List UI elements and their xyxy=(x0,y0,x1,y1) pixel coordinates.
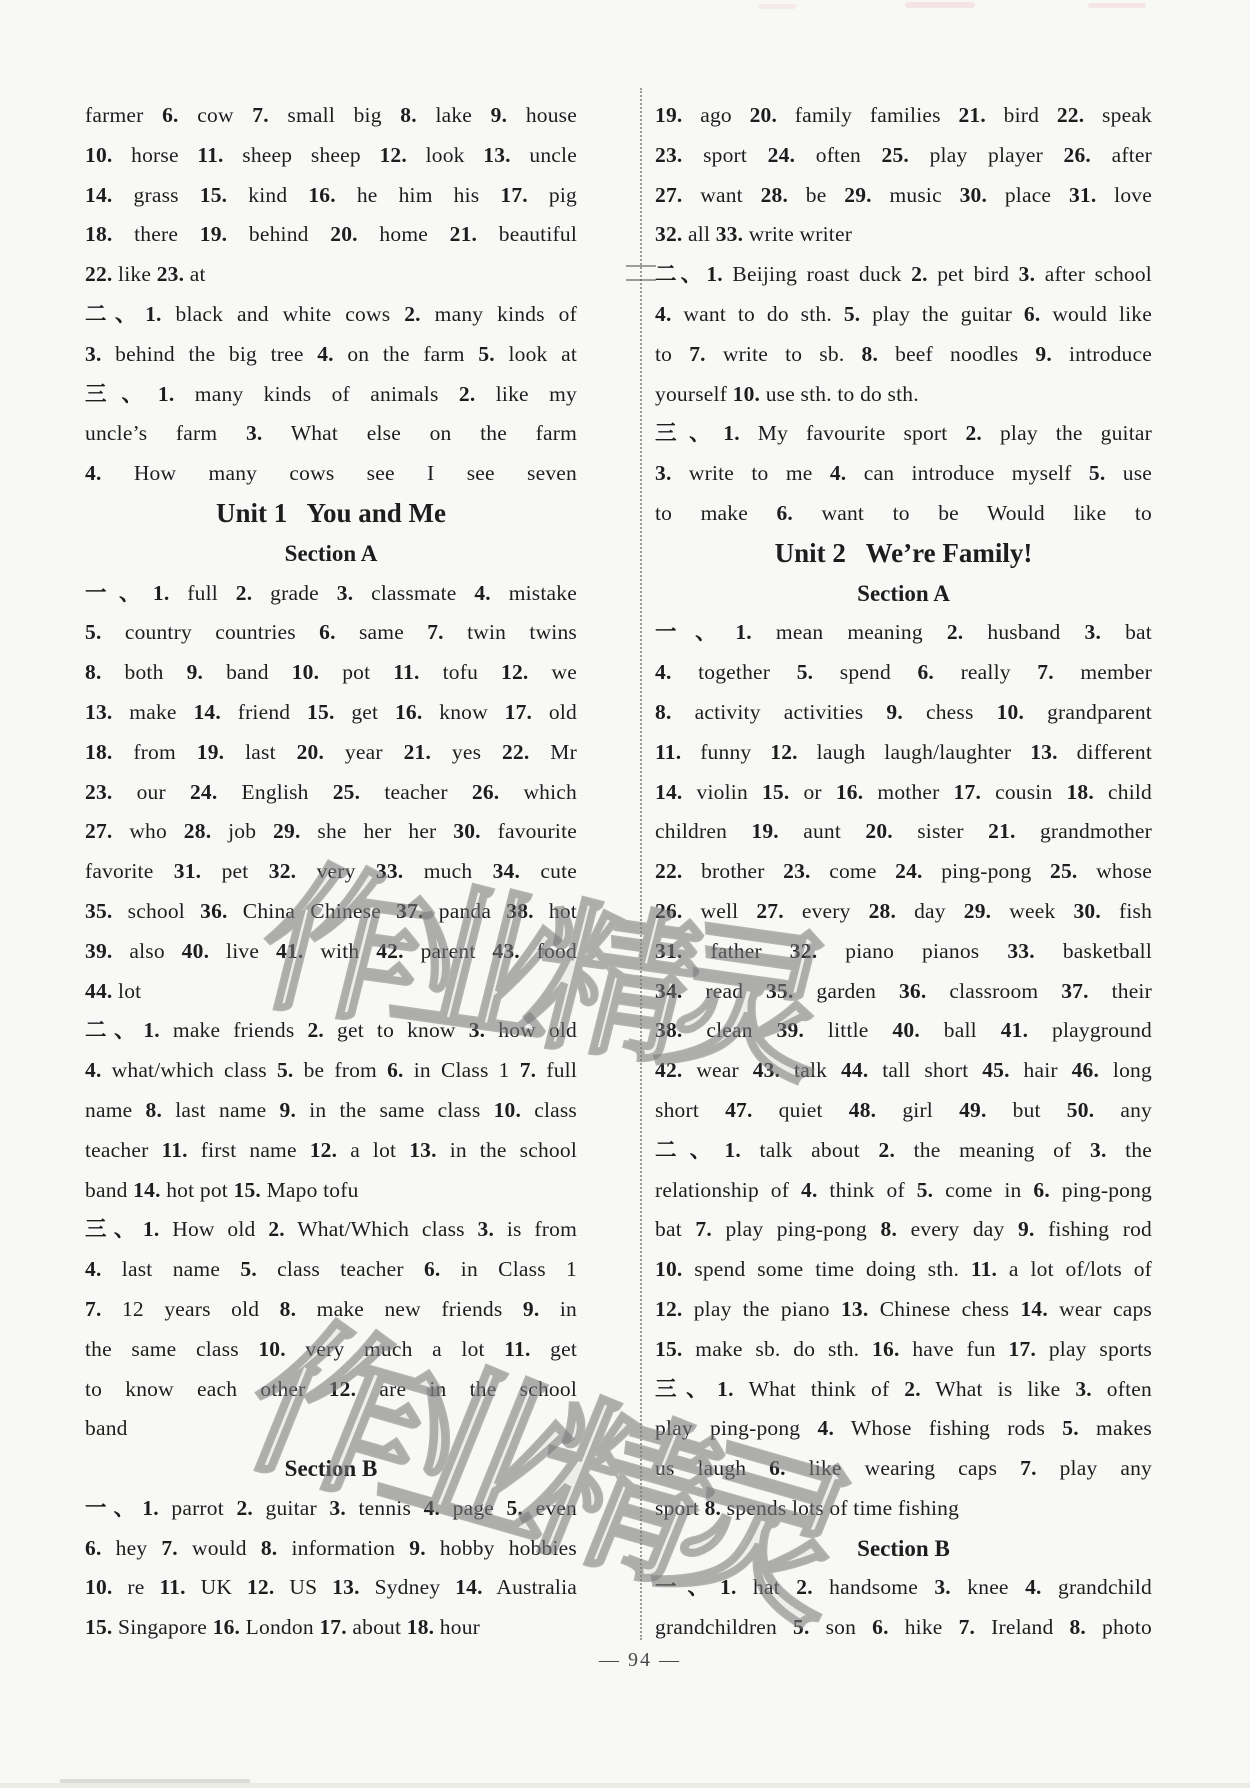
answer-line: 4. last name 5. class teacher 6. in Clas… xyxy=(85,1250,577,1290)
answer-line: 14. grass 15. kind 16. he him his 17. pi… xyxy=(85,176,577,216)
answer-line: 32. all 33. write writer xyxy=(655,215,1152,255)
answer-line: farmer 6. cow 7. small big 8. lake 9. ho… xyxy=(85,96,577,136)
answer-line: 18. there 19. behind 20. home 21. beauti… xyxy=(85,215,577,255)
answer-line: uncle’s farm 3. What else on the farm xyxy=(85,414,577,454)
answer-line: 7. 12 years old 8. make new friends 9. i… xyxy=(85,1290,577,1330)
answer-line: favorite 31. pet 32. very 33. much 34. c… xyxy=(85,852,577,892)
scan-artifact-top xyxy=(758,4,796,9)
answer-line: 27. who 28. job 29. she her her 30. favo… xyxy=(85,812,577,852)
answer-line: 18. from 19. last 20. year 21. yes 22. M… xyxy=(85,733,577,773)
unit-heading: Unit 1 You and Me xyxy=(85,494,577,534)
page-number: — 94 — xyxy=(560,1641,720,1681)
answer-line: 二、1. make friends 2. get to know 3. how … xyxy=(85,1011,577,1051)
section-heading: Section B xyxy=(85,1449,577,1489)
answer-line: 三、1. My favourite sport 2. play the guit… xyxy=(655,414,1152,454)
answer-line: bat 7. play ping-pong 8. every day 9. fi… xyxy=(655,1210,1152,1250)
answer-line: to make 6. want to be Would like to xyxy=(655,494,1152,534)
answer-line: 31. father 32. piano pianos 33. basketba… xyxy=(655,932,1152,972)
answer-line: 8. both 9. band 10. pot 11. tofu 12. we xyxy=(85,653,577,693)
answer-line: 15. make sb. do sth. 16. have fun 17. pl… xyxy=(655,1330,1152,1370)
answer-line: children 19. aunt 20. sister 21. grandmo… xyxy=(655,812,1152,852)
answer-line: 4. what/which class 5. be from 6. in Cla… xyxy=(85,1051,577,1091)
answer-line: band xyxy=(85,1409,577,1449)
answer-line: 一、1. hat 2. handsome 3. knee 4. grandchi… xyxy=(655,1568,1152,1608)
answer-line: band 14. hot pot 15. Mapo tofu xyxy=(85,1171,577,1211)
answer-key-page: farmer 6. cow 7. small big 8. lake 9. ho… xyxy=(0,0,1250,1788)
answer-line: 一、1. parrot 2. guitar 3. tennis 4. page … xyxy=(85,1489,577,1529)
left-column: farmer 6. cow 7. small big 8. lake 9. ho… xyxy=(85,96,577,1648)
answer-line: grandchildren 5. son 6. hike 7. Ireland … xyxy=(655,1608,1152,1648)
column-divider xyxy=(640,88,642,1640)
answer-line: 23. sport 24. often 25. play player 26. … xyxy=(655,136,1152,176)
answer-line: relationship of 4. think of 5. come in 6… xyxy=(655,1171,1152,1211)
section-heading: Section B xyxy=(655,1529,1152,1569)
answer-line: 5. country countries 6. same 7. twin twi… xyxy=(85,613,577,653)
answer-line: 4. want to do sth. 5. play the guitar 6.… xyxy=(655,295,1152,335)
answer-line: 27. want 28. be 29. music 30. place 31. … xyxy=(655,176,1152,216)
answer-line: 19. ago 20. family families 21. bird 22.… xyxy=(655,96,1152,136)
answer-line: 三、1. many kinds of animals 2. like my xyxy=(85,375,577,415)
answer-line: 26. well 27. every 28. day 29. week 30. … xyxy=(655,892,1152,932)
answer-line: 23. our 24. English 25. teacher 26. whic… xyxy=(85,773,577,813)
answer-line: 二、1. Beijing roast duck 2. pet bird 3. a… xyxy=(655,255,1152,295)
answer-line: 3. write to me 4. can introduce myself 5… xyxy=(655,454,1152,494)
answer-line: 二、1. talk about 2. the meaning of 3. the xyxy=(655,1131,1152,1171)
section-heading: Section A xyxy=(85,534,577,574)
answer-line: to know each other 12. are in the school xyxy=(85,1370,577,1410)
answer-line: us laugh 6. like wearing caps 7. play an… xyxy=(655,1449,1152,1489)
answer-line: 39. also 40. live 41. with 42. parent 43… xyxy=(85,932,577,972)
scan-artifact-bottom-edge xyxy=(0,1783,1250,1788)
answer-line: 4. How many cows see I see seven xyxy=(85,454,577,494)
answer-line: 三、1. How old 2. What/Which class 3. is f… xyxy=(85,1210,577,1250)
answer-line: yourself 10. use sth. to do sth. xyxy=(655,375,1152,415)
answer-line: 6. hey 7. would 8. information 9. hobby … xyxy=(85,1529,577,1569)
unit-heading: Unit 2 We’re Family! xyxy=(655,534,1152,574)
answer-line: 35. school 36. China Chinese 37. panda 3… xyxy=(85,892,577,932)
answer-line: 11. funny 12. laugh laugh/laughter 13. d… xyxy=(655,733,1152,773)
answer-line: name 8. last name 9. in the same class 1… xyxy=(85,1091,577,1131)
answer-line: 三、1. What think of 2. What is like 3. of… xyxy=(655,1370,1152,1410)
answer-line: 10. horse 11. sheep sheep 12. look 13. u… xyxy=(85,136,577,176)
answer-line: 8. activity activities 9. chess 10. gran… xyxy=(655,693,1152,733)
answer-line: 15. Singapore 16. London 17. about 18. h… xyxy=(85,1608,577,1648)
answer-line: 22. brother 23. come 24. ping-pong 25. w… xyxy=(655,852,1152,892)
answer-line: 22. like 23. at xyxy=(85,255,577,295)
answer-line: 44. lot xyxy=(85,972,577,1012)
answer-line: to 7. write to sb. 8. beef noodles 9. in… xyxy=(655,335,1152,375)
scan-artifact-top xyxy=(905,2,975,8)
answer-line: 4. together 5. spend 6. really 7. member xyxy=(655,653,1152,693)
answer-line: 13. make 14. friend 15. get 16. know 17.… xyxy=(85,693,577,733)
answer-line: 14. violin 15. or 16. mother 17. cousin … xyxy=(655,773,1152,813)
answer-line: play ping-pong 4. Whose fishing rods 5. … xyxy=(655,1409,1152,1449)
answer-line: sport 8. spends lots of time fishing xyxy=(655,1489,1152,1529)
answer-line: teacher 11. first name 12. a lot 13. in … xyxy=(85,1131,577,1171)
scan-artifact-top xyxy=(1088,3,1146,8)
answer-line: 一、1. full 2. grade 3. classmate 4. mista… xyxy=(85,574,577,614)
scan-artifact-bottom xyxy=(60,1779,250,1785)
answer-line: 10. spend some time doing sth. 11. a lot… xyxy=(655,1250,1152,1290)
answer-line: 38. clean 39. little 40. ball 41. playgr… xyxy=(655,1011,1152,1051)
answer-line: 34. read 35. garden 36. classroom 37. th… xyxy=(655,972,1152,1012)
answer-line: 一、1. mean meaning 2. husband 3. bat xyxy=(655,613,1152,653)
right-column: 19. ago 20. family families 21. bird 22.… xyxy=(655,96,1152,1648)
answer-line: 3. behind the big tree 4. on the farm 5.… xyxy=(85,335,577,375)
section-heading: Section A xyxy=(655,574,1152,614)
answer-line: short 47. quiet 48. girl 49. but 50. any xyxy=(655,1091,1152,1131)
answer-line: 42. wear 43. talk 44. tall short 45. hai… xyxy=(655,1051,1152,1091)
answer-line: 12. play the piano 13. Chinese chess 14.… xyxy=(655,1290,1152,1330)
answer-line: 10. re 11. UK 12. US 13. Sydney 14. Aust… xyxy=(85,1568,577,1608)
answer-line: the same class 10. very much a lot 11. g… xyxy=(85,1330,577,1370)
answer-line: 二、1. black and white cows 2. many kinds … xyxy=(85,295,577,335)
